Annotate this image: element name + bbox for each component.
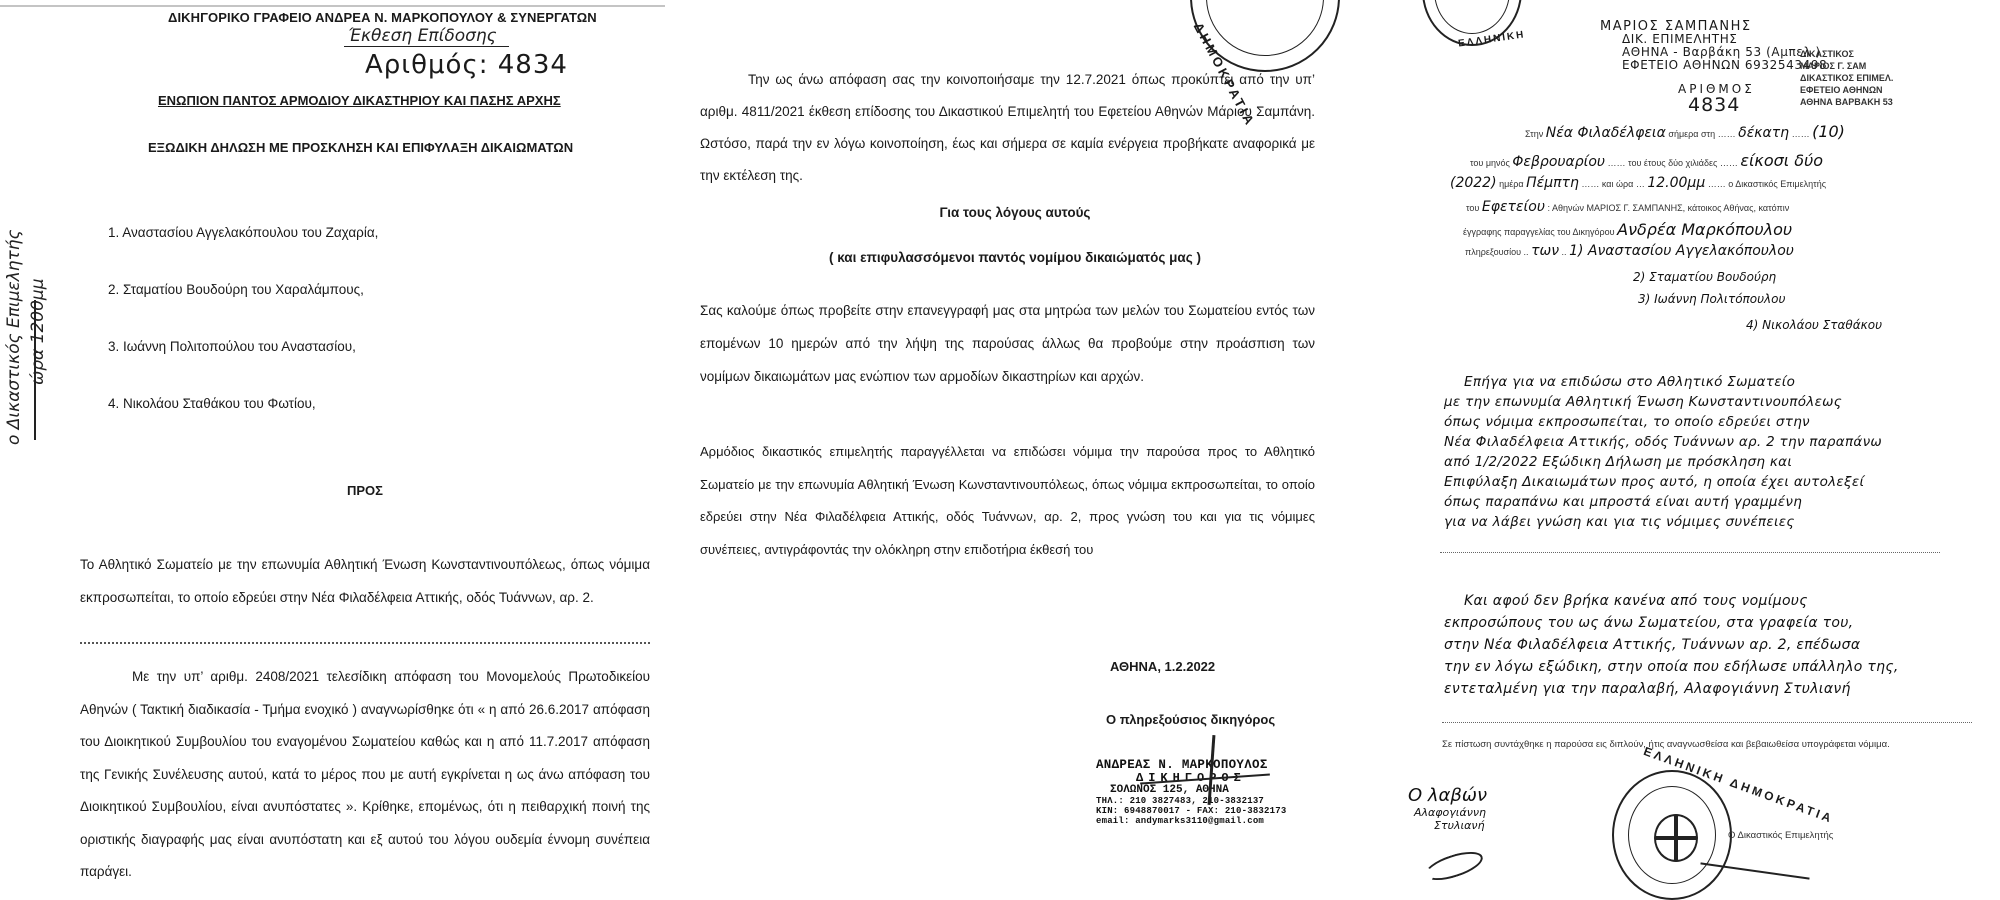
narrative-line: εκπροσώπους του ως άνω Σωματείου, στα γρ… xyxy=(1444,612,1984,634)
printed-closing-statement: Σε πίστωση συντάχθηκε η παρούσα εις διπλ… xyxy=(1442,735,1962,754)
heading-reasons: Για τους λόγους αυτούς xyxy=(670,205,1350,220)
narrative-line: όπως νόμιμα εκπροσωπείται, το οποίο εδρε… xyxy=(1444,412,1984,432)
narrative-line: στην Νέα Φιλαδέλφεια Αττικής, Τυάννων αρ… xyxy=(1444,634,1984,656)
stamp-email: email: andymarks3110@gmail.com xyxy=(1096,816,1311,826)
bailiff-label: Ο Δικαστικός Επιμελητής xyxy=(1728,830,1833,841)
form-officer-line: Αθηνών ΜΑΡΙΟΣ Γ. ΣΑΜΠΑΝΗΣ, κάτοικος Αθήν… xyxy=(1552,203,1789,213)
form-label: του μηνός xyxy=(1470,158,1510,168)
dotted-separator xyxy=(80,642,650,644)
document-page-3-service-report: ΕΛΛΗΝΙΚΗ ΜΑΡΙΟΣ ΣΑΜΠΑΝΗΣ ΔΙΚ. ΕΠΙΜΕΛΗΤΗΣ… xyxy=(1350,0,2000,900)
document-page-1: ΔΙΚΗΓΟΡΙΚΟ ΓΡΑΦΕΙΟ ΑΝΔΡΕΑ Ν. ΜΑΡΚΟΠΟΥΛΟΥ… xyxy=(0,0,670,900)
narrative-line: με την επωνυμία Αθλητική Ένωση Κωνσταντι… xyxy=(1444,392,1984,412)
narrative-line: εντεταλμένη για την παραλαβή, Αλαφογιάνν… xyxy=(1444,678,1984,700)
form-label: και ώρα xyxy=(1602,179,1633,189)
principal-item: 2) Σταματίου Βουδούρη xyxy=(1633,270,1776,284)
service-narrative-1: Επήγα για να επιδώσω στο Αθλητικό Σωματε… xyxy=(1444,372,1984,532)
form-place-value: Νέα Φιλαδέλφεια xyxy=(1546,125,1666,141)
principal-item: 1) Αναστασίου Αγγελακόπουλου xyxy=(1569,243,1794,259)
receiver-name: Στυλιανή xyxy=(1408,819,1487,832)
bailiff-court-phone: ΕΦΕΤΕΙΟ ΑΘΗΝΩΝ 6932543498 xyxy=(1600,59,1827,72)
sender-item: 3. Ιωάννη Πολιτοπούλου του Αναστασίου, xyxy=(108,339,378,396)
form-row-officer: του Εφετείου : Αθηνών ΜΑΡΙΟΣ Γ. ΣΑΜΠΑΝΗΣ… xyxy=(1466,199,1789,215)
faint-line: ΜΑΡΙΟΣ Γ. ΣΑΜ xyxy=(1800,60,1893,72)
stamp-phone: ΤΗΛ.: 210 3827483, 210-3832137 xyxy=(1096,796,1311,806)
form-weekday-value: Πέμπτη xyxy=(1526,175,1579,191)
form-label: σήμερα στη xyxy=(1668,129,1715,139)
dotted-separator xyxy=(1442,722,1972,723)
form-lawyer-value: Ανδρέα Μαρκόπουλου xyxy=(1617,220,1792,239)
receiver-label: Ο λαβών xyxy=(1408,785,1487,806)
faint-line: ΔΙΚΑΣΤΙΚΟΣ xyxy=(1800,48,1893,60)
receiver-signature xyxy=(1422,846,1486,885)
sender-item: 2. Σταματίου Βουδούρη του Χαραλάμπους, xyxy=(108,282,378,339)
bailiff-official-seal xyxy=(1612,770,1732,900)
handwritten-report-label: Έκθεση Επίδοσης xyxy=(344,26,509,47)
place-date: ΑΘΗΝΑ, 1.2.2022 xyxy=(1110,659,1215,674)
form-year-words: είκοσι δύο xyxy=(1740,151,1823,170)
service-order-paragraph: Αρμόδιος δικαστικός επιμελητής παραγγέλλ… xyxy=(700,436,1315,566)
document-page-2: ΔΗΜΟΚΡΑΤΙΑ Την ως άνω απόφαση σας την κο… xyxy=(670,0,1350,900)
form-row-month-year: του μηνός Φεβρουαρίου …… του έτους δύο χ… xyxy=(1470,151,1823,170)
faint-line: ΑΘΗΝΑ ΒΑΡΒΑΚΗ 53 xyxy=(1800,96,1893,108)
form-label: πληρεξουσίου xyxy=(1465,247,1521,257)
form-day-value: δέκατη xyxy=(1738,125,1789,141)
handwritten-report-number: Αριθμός: 4834 xyxy=(365,50,568,80)
narrative-line: από 1/2/2022 Εξώδικη Δήλωση με πρόσκληση… xyxy=(1444,452,1984,472)
law-firm-header: ΔΙΚΗΓΟΡΙΚΟ ΓΡΑΦΕΙΟ ΑΝΔΡΕΑ Ν. ΜΑΡΚΟΠΟΥΛΟΥ… xyxy=(168,10,597,25)
form-label: του έτους δύο χιλιάδες xyxy=(1628,158,1717,168)
narrative-line: Επιφύλαξη Δικαιωμάτων προς αυτό, η οποία… xyxy=(1444,472,1984,492)
body-paragraph: Με την υπ’ αριθμ. 2408/2021 τελεσίδικη α… xyxy=(80,661,650,889)
heading-document-type: ΕΞΩΔΙΚΗ ΔΗΛΩΣΗ ΜΕ ΠΡΟΣΚΛΗΣΗ ΚΑΙ ΕΠΙΦΥΛΑΞ… xyxy=(148,140,573,155)
demand-paragraph: Σας καλούμε όπως προβείτε στην επανεγγρα… xyxy=(700,294,1315,393)
principal-item: 4) Νικολάου Σταθάκου xyxy=(1746,318,1882,332)
narrative-line: όπως παραπάνω και μπροστά είναι αυτή γρα… xyxy=(1444,492,1984,512)
form-label: ο Δικαστικός Επιμελητής xyxy=(1728,179,1826,189)
bailiff-handwritten-block: ΜΑΡΙΟΣ ΣΑΜΠΑΝΗΣ ΔΙΚ. ΕΠΙΜΕΛΗΤΗΣ ΑΘΗΝΑ - … xyxy=(1600,20,1827,72)
form-row-principals: πληρεξουσίου .. των .. 1) Αναστασίου Αγγ… xyxy=(1465,243,1794,259)
signer-label: Ο πληρεξούσιος δικηγόρος xyxy=(1106,712,1275,727)
senders-list: 1. Αναστασίου Αγγελακόπουλου του Ζαχαρία… xyxy=(108,225,378,453)
principal-item: 3) Ιωάννη Πολιτόπουλου xyxy=(1638,292,1785,306)
heading-reservation: ( και επιφυλασσόμενοι παντός νομίμου δικ… xyxy=(670,250,1350,265)
form-row-order: έγγραφης παραγγελίας του Δικηγόρου Ανδρέ… xyxy=(1463,220,1792,239)
faint-printed-stamp: ΔΙΚΑΣΤΙΚΟΣ ΜΑΡΙΟΣ Γ. ΣΑΜ ΔΙΚΑΣΤΙΚΟΣ ΕΠΙΜ… xyxy=(1800,48,1893,108)
heading-authority: ΕΝΩΠΙΟΝ ΠΑΝΤΟΣ ΑΡΜΟΔΙΟΥ ΔΙΚΑΣΤΗΡΙΟΥ ΚΑΙ … xyxy=(158,93,561,108)
sender-item: 1. Αναστασίου Αγγελακόπουλου του Ζαχαρία… xyxy=(108,225,378,282)
report-number: 4834 xyxy=(1688,94,1740,116)
receiver-signature-block: Ο λαβών Αλαφογιάννη Στυλιανή xyxy=(1408,785,1487,832)
dotted-separator xyxy=(1440,552,1940,553)
margin-signature-stroke xyxy=(34,300,36,440)
narrative-line: για να λάβει γνώση και για τις νόμιμες σ… xyxy=(1444,512,1984,532)
form-label: έγγραφης παραγγελίας του Δικηγόρου xyxy=(1463,227,1615,237)
page-top-rule xyxy=(0,5,665,7)
form-row-weekday-time: (2022) ημέρα Πέμπτη …… και ώρα … 12.00μμ… xyxy=(1450,175,1826,191)
form-time-value: 12.00μμ xyxy=(1647,175,1705,191)
sender-item: 4. Νικολάου Σταθάκου του Φωτίου, xyxy=(108,396,378,453)
form-month-value: Φεβρουαρίου xyxy=(1512,154,1605,170)
stamp-address: ΣΟΛΩΝΟΣ 125, ΑΘΗΝΑ xyxy=(1096,784,1311,796)
stamp-lawyer-name: ΑΝΔΡΕΑΣ Ν. ΜΑΡΚΟΠΟΥΛΟΣ xyxy=(1096,758,1311,772)
margin-note-line-1: ο Δικαστικός Επιμελητής xyxy=(4,229,24,445)
notification-paragraph: Την ως άνω απόφαση σας την κοινοποιήσαμε… xyxy=(700,64,1315,192)
faint-line: ΔΙΚΑΣΤΙΚΟΣ ΕΠΙΜΕΛ. xyxy=(1800,72,1893,84)
form-court-value: Εφετείου xyxy=(1482,199,1545,215)
narrative-line: την εν λόγω εξώδικη, στην οποία που εδήλ… xyxy=(1444,656,1984,678)
faint-line: ΕΦΕΤΕΙΟ ΑΘΗΝΩΝ xyxy=(1800,84,1893,96)
form-article: των xyxy=(1531,243,1559,259)
narrative-line: Επήγα για να επιδώσω στο Αθλητικό Σωματε… xyxy=(1444,372,1984,392)
service-narrative-2: Και αφού δεν βρήκα κανένα από τους νομίμ… xyxy=(1444,590,1984,700)
handwritten-margin-note: ο Δικαστικός Επιμελητής ώρα 1200μμ xyxy=(4,229,48,445)
margin-note-line-2: ώρα 1200μμ xyxy=(28,229,48,385)
form-label: Στην xyxy=(1525,129,1543,139)
to-label: ΠΡΟΣ xyxy=(0,483,670,498)
form-label: ημέρα xyxy=(1499,179,1524,189)
stamp-mobile-fax: ΚΙΝ: 6948870017 - FAX: 210-3832173 xyxy=(1096,806,1311,816)
addressee-paragraph: Το Αθλητικό Σωματείο με την επωνυμία Αθλ… xyxy=(80,548,650,614)
narrative-line: Και αφού δεν βρήκα κανένα από τους νομίμ… xyxy=(1444,590,1984,612)
narrative-line: Νέα Φιλαδέλφεια Αττικής, οδός Τυάννων αρ… xyxy=(1444,432,1984,452)
receiver-surname: Αλαφογιάννη xyxy=(1408,806,1487,819)
form-year-number: (2022) xyxy=(1450,175,1497,191)
lawyer-stamp: ΑΝΔΡΕΑΣ Ν. ΜΑΡΚΟΠΟΥΛΟΣ ΔΙΚΗΓΟΡΟΣ ΣΟΛΩΝΟΣ… xyxy=(1096,758,1311,826)
form-label: του xyxy=(1466,203,1479,213)
form-day-number: (10) xyxy=(1812,122,1845,141)
form-row-place-date: Στην Νέα Φιλαδέλφεια σήμερα στη …… δέκατ… xyxy=(1525,122,1845,141)
